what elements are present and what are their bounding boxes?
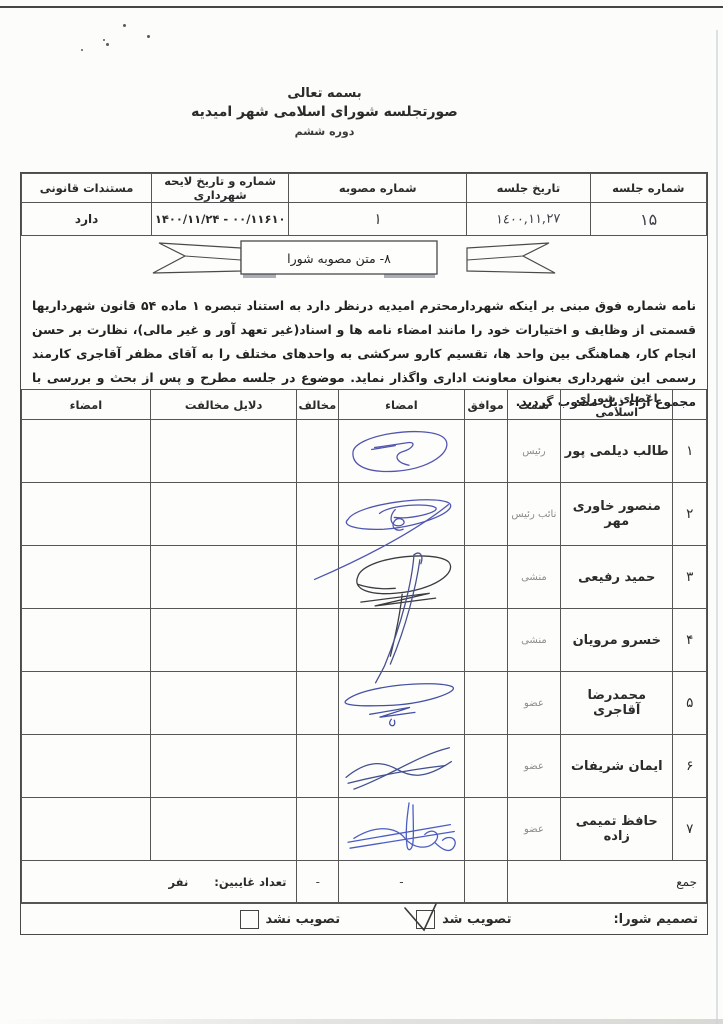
signature-header: امضاء [339,390,464,420]
oppose-reason-cell [150,609,297,672]
member-name: حمید رفیعی [561,546,673,609]
ink-speck [147,35,150,38]
signature2-cell [22,420,151,483]
member-name: منصور خاوری مهر [561,483,673,546]
council-term: دوره ششم [0,125,649,138]
signature-cell [339,420,464,483]
agree-cell [464,672,507,735]
signature2-cell [22,546,151,609]
banner-title: ۸- متن مصوبه شورا [287,251,391,267]
resolution-number-cell: ۱ [289,203,467,236]
session-number-header: شماره جلسه [590,174,706,203]
member-position: منشی [507,546,560,609]
bill-number-cell: ۱۴۰۰/۱۱/۲۴ - ۰۰/۱۱۶۱۰ [152,203,289,236]
oppose-cell [297,609,339,672]
signature2-cell [22,798,151,861]
oppose-header: مخالف [297,390,339,420]
signature-cell [339,672,464,735]
signature-scribble [339,420,463,482]
oppose-cell [297,735,339,798]
scan-artifact-top-line [0,6,723,8]
scan-artifact-right-edge [716,30,718,1024]
agree-cell [464,798,507,861]
member-row: ۳حمید رفیعیمنشی [22,546,707,609]
member-row: ۷حافظ تمیمی زادهعضو [22,798,707,861]
oppose-reasons-header: دلایل مخالفت [150,390,297,420]
member-name: خسرو مرویان [561,609,673,672]
member-name: ایمان شریفات [561,735,673,798]
member-name: حافظ تمیمی زاده [561,798,673,861]
member-position: منشی [507,609,560,672]
total-signature-cell: - [339,861,464,903]
members-vote-table: اعضای شورای اسلامی سمت موافق امضاء مخالف… [21,389,707,903]
signature-scribble [339,546,463,608]
banner-zone: ۸- متن مصوبه شورا [21,236,707,291]
signature2-cell [22,735,151,798]
checkmark-icon [404,901,446,935]
signature-scribble [339,609,463,671]
oppose-cell [297,672,339,735]
agree-cell [464,420,507,483]
oppose-reason-cell [150,798,297,861]
members-body: ۱طالب دیلمی پوررئیس۲منصور خاوری مهرنائب … [22,420,707,861]
member-number: ۷ [673,798,707,861]
member-position: نائب رئیس [507,483,560,546]
position-header: سمت [507,390,560,420]
member-number: ۵ [673,672,707,735]
session-date-value: ١٤٠٠,١١,٢٧ [496,211,562,227]
session-info-table: شماره جلسه تاریخ جلسه شماره مصوبه شماره … [21,173,707,236]
oppose-reason-cell [150,735,297,798]
ink-speck [123,24,126,27]
member-row: ۶ایمان شریفاتعضو [22,735,707,798]
member-number: ۱ [673,420,707,483]
member-number: ۶ [673,735,707,798]
oppose-reason-cell [150,483,297,546]
session-number-value: ۱۵ [639,209,657,229]
approved-checkbox [416,910,435,929]
approved-option: تصویب شد [416,910,511,929]
session-date-header: تاریخ جلسه [467,174,590,203]
total-oppose-cell: - [297,861,339,903]
council-decision-row: تصمیم شورا: تصویب شد تصویب نشد [21,903,707,934]
ink-speck [106,43,109,46]
document-header: بسمه تعالی صورتجلسه شورای اسلامی شهر امی… [0,86,723,138]
legal-docs-header: مستندات قانونی [22,174,152,203]
oppose-reason-cell [150,672,297,735]
member-number: ۳ [673,546,707,609]
oppose-reason-cell [150,420,297,483]
rejected-label: تصویب نشد [266,912,341,927]
scan-artifact-bottom-edge [0,1019,723,1024]
decision-label: تصمیم شورا: [613,912,698,927]
member-row: ۴خسرو مرویانمنشی [22,609,707,672]
agree-header: موافق [464,390,507,420]
signature-cell [339,798,464,861]
signature2-cell [22,672,151,735]
signature-cell [339,546,464,609]
document-main-frame: شماره جلسه تاریخ جلسه شماره مصوبه شماره … [20,172,708,935]
ink-speck [103,39,105,41]
agree-cell [464,609,507,672]
signature2-cell [22,483,151,546]
session-number-cell: ۱۵ [590,203,706,236]
members-header: اعضای شورای اسلامی [561,390,673,420]
member-row: ۲منصور خاوری مهرنائب رئیس [22,483,707,546]
signature-scribble [339,798,463,860]
absentees-unit: نفر [169,875,189,889]
agree-cell [464,483,507,546]
member-position: عضو [507,672,560,735]
ink-speck [81,49,83,51]
member-number: ۴ [673,609,707,672]
rejected-option: تصویب نشد [240,910,341,929]
member-row: ۵محمدرضا آقاجریعضو [22,672,707,735]
row-number-header [673,390,707,420]
agree-cell [464,546,507,609]
legal-docs-cell: دارد [22,203,152,236]
oppose-cell [297,420,339,483]
member-name: طالب دیلمی پور [561,420,673,483]
bismillah-line: بسمه تعالی [0,86,649,101]
summary-row: جمع - - تعداد غایبین:نفر [22,861,707,903]
absentees-cell: تعداد غایبین:نفر [22,861,297,903]
signature-cell [339,735,464,798]
bill-number-header: شماره و تاریخ لایحه شهرداری [152,174,289,203]
signature-scribble [339,483,463,545]
member-position: عضو [507,798,560,861]
oppose-cell [297,798,339,861]
rejected-checkbox [240,910,259,929]
member-position: رئیس [507,420,560,483]
signature2-header: امضاء [22,390,151,420]
member-row: ۱طالب دیلمی پوررئیس [22,420,707,483]
absentees-label: تعداد غایبین: [214,875,286,889]
oppose-reason-cell [150,546,297,609]
bill-number-value: ۱۴۰۰/۱۱/۲۴ - ۰۰/۱۱۶۱۰ [155,212,286,226]
signature-cell [339,609,464,672]
member-name: محمدرضا آقاجری [561,672,673,735]
signature-scribble [339,735,463,797]
oppose-cell [297,546,339,609]
agree-cell [464,735,507,798]
approved-label: تصویب شد [442,912,511,927]
signature-scribble [339,672,463,734]
document-title: صورتجلسه شورای اسلامی شهر امیدیه [0,104,649,120]
scanned-document-page: بسمه تعالی صورتجلسه شورای اسلامی شهر امی… [0,0,723,1024]
member-number: ۲ [673,483,707,546]
resolution-number-value: ۱ [372,210,382,229]
oppose-cell [297,483,339,546]
signature-cell [339,483,464,546]
resolution-text-paragraph: نامه شماره فوق مبنی بر اینکه شهردارمحترم… [21,291,707,389]
session-date-cell: ١٤٠٠,١١,٢٧ [467,203,590,236]
member-position: عضو [507,735,560,798]
banner-ribbon: ۸- متن مصوبه شورا [149,239,559,287]
total-agree-cell [464,861,507,903]
signature2-cell [22,609,151,672]
resolution-number-header: شماره مصوبه [289,174,467,203]
total-label: جمع [507,861,706,903]
